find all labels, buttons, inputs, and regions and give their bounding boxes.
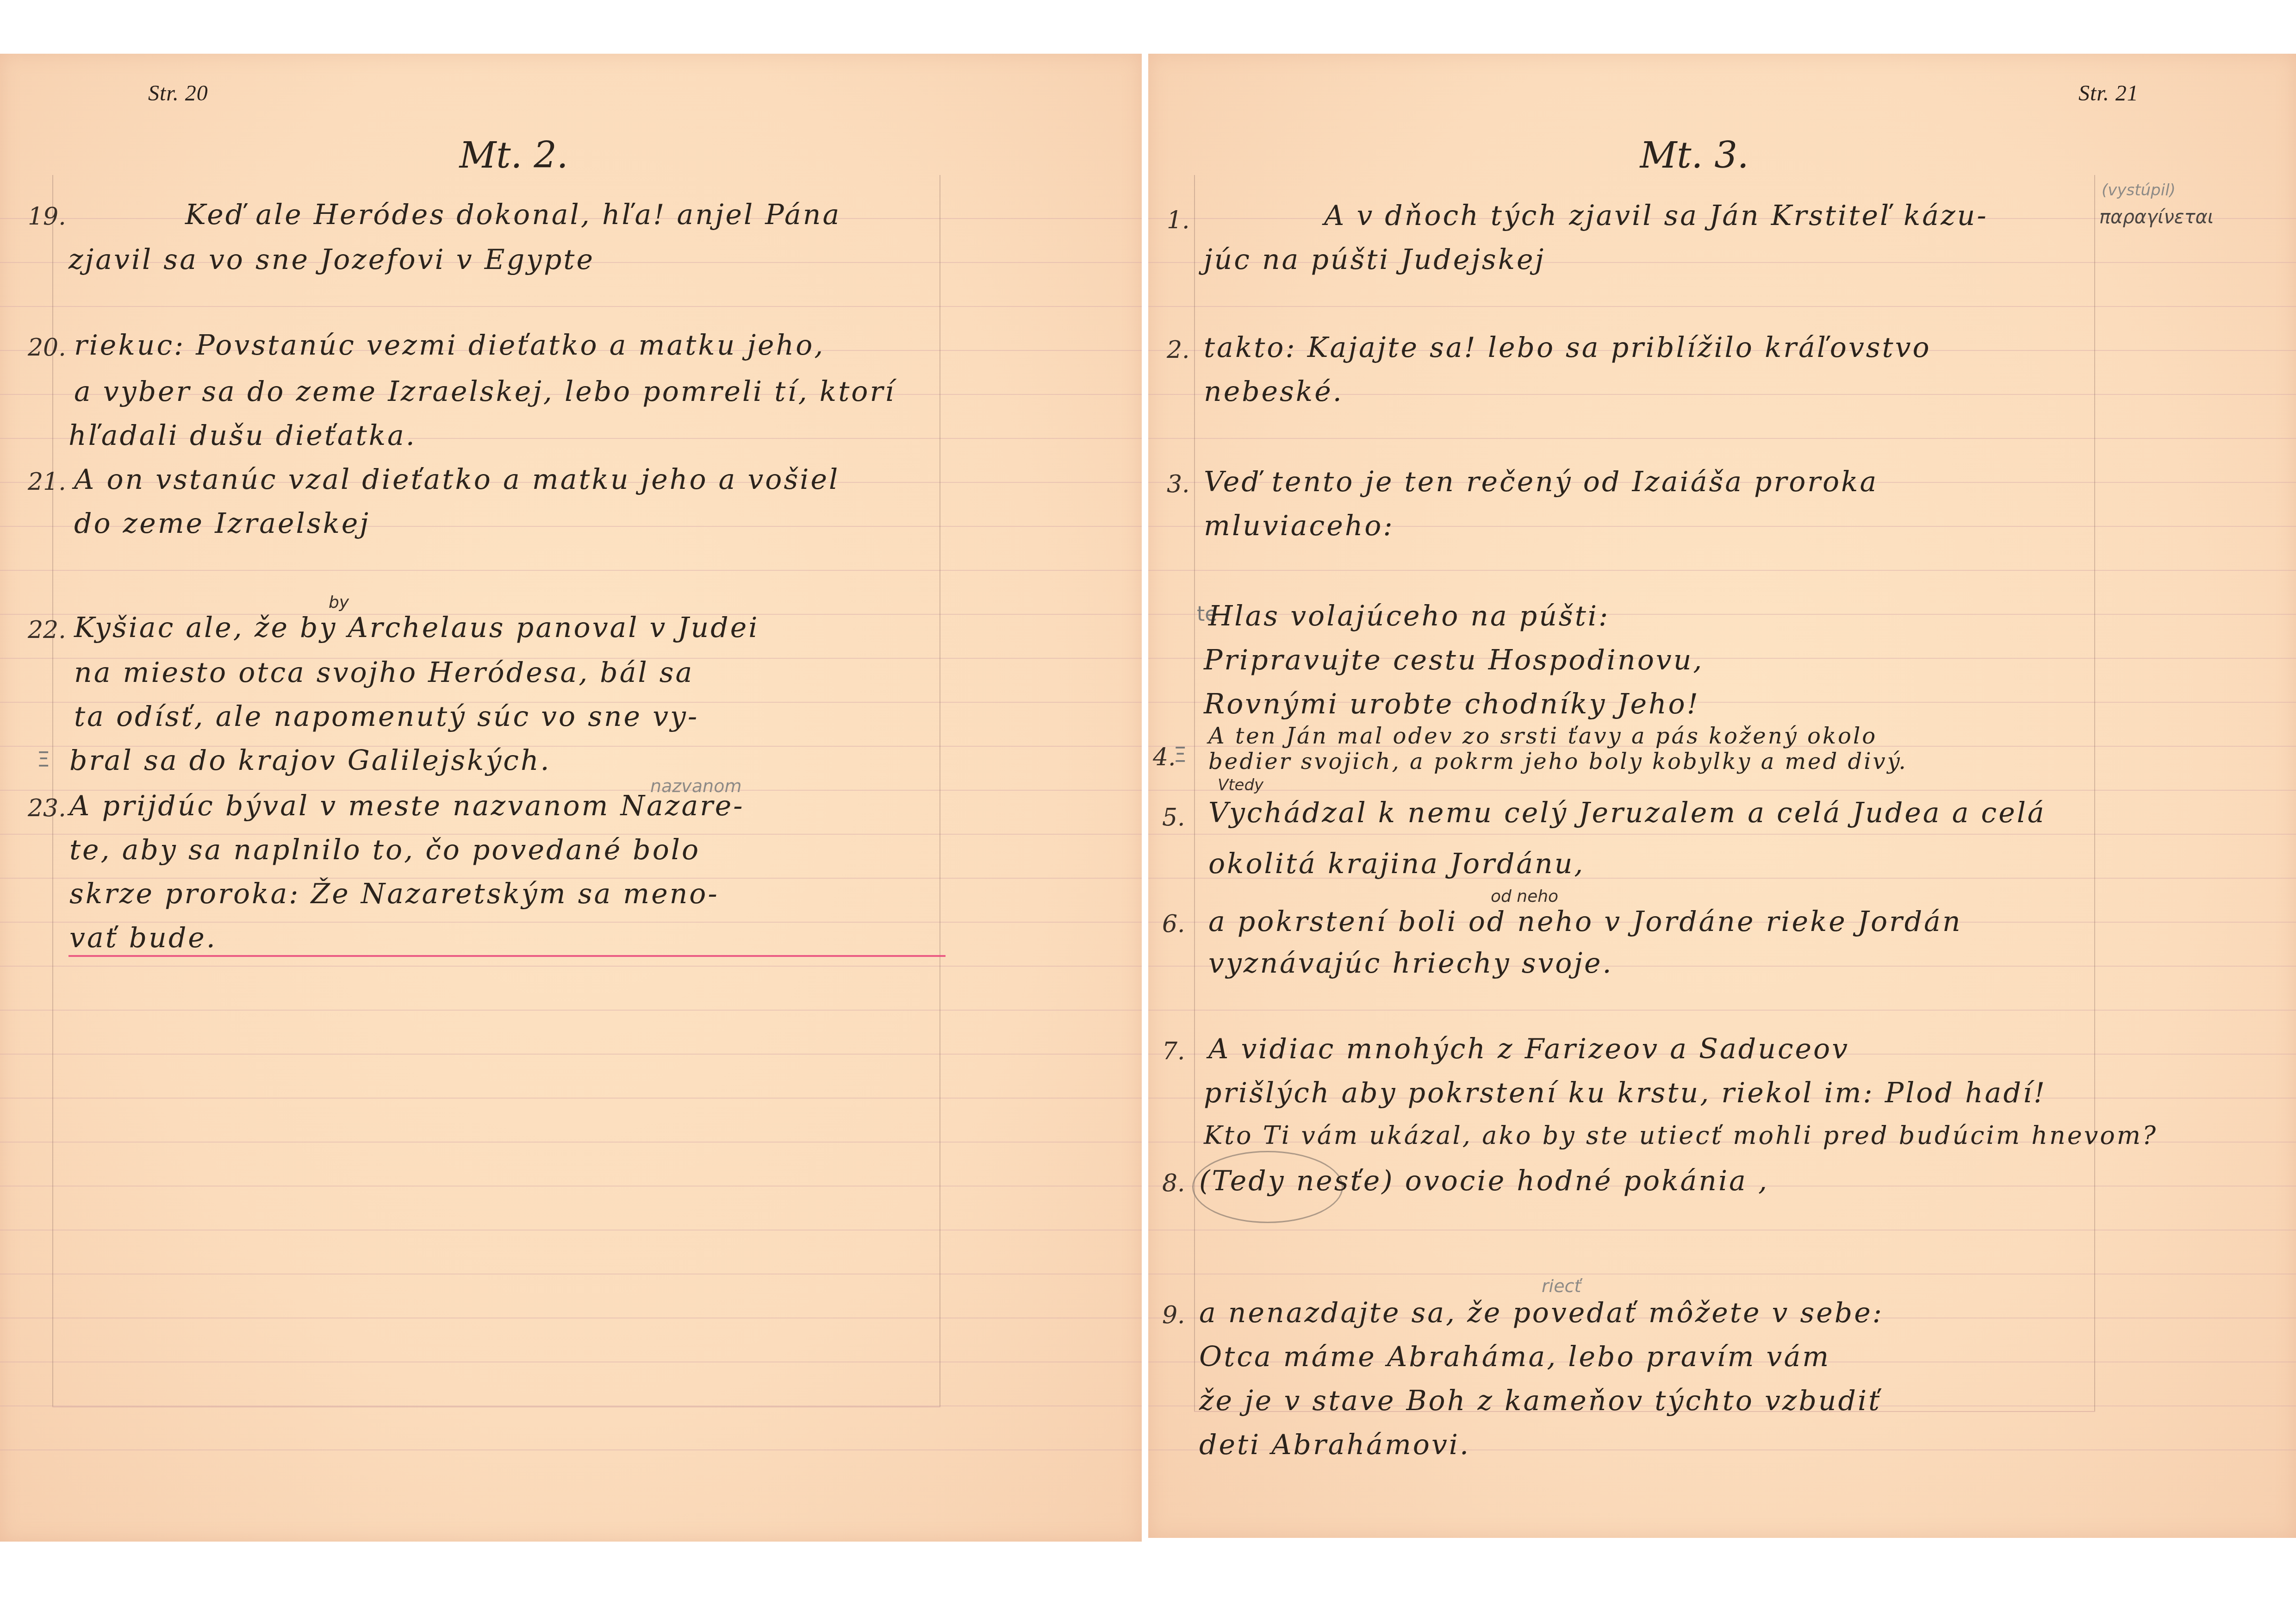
verse-line: a pokrstení boli od neho v Jordáne rieke… <box>1208 908 1962 936</box>
verse-number: 19. <box>28 203 66 231</box>
margin-note-pencil: (vystúpil) <box>2102 181 2176 200</box>
verse-number: 3. <box>1167 470 1190 498</box>
verse-line: ta odísť, ale napomenutý súc vo sne vy- <box>74 703 699 731</box>
verse-number: 22. <box>28 616 66 644</box>
right-margin-line <box>2094 175 2095 1411</box>
verse-line: a vyber sa do zeme Izraelskej, lebo pomr… <box>74 378 896 406</box>
end-of-chapter-rule <box>68 955 946 957</box>
verse-line: riekuc: Povstanúc vezmi dieťatko a matku… <box>74 331 825 359</box>
insertion-above: by <box>329 593 349 612</box>
verse-line: Keď ale Heródes dokonal, hľa! anjel Pána <box>185 201 841 229</box>
verse-number: 4. <box>1153 743 1176 771</box>
verse-line: deti Abrahámovi. <box>1199 1431 1470 1459</box>
verse-line: mluviaceho: <box>1204 512 1394 540</box>
verse-line: Otca máme Abraháma, lebo pravím vám <box>1199 1343 1830 1371</box>
insertion-above: od neho <box>1491 887 1558 906</box>
verse-line: vať bude. <box>69 924 217 952</box>
verse-number: 21. <box>28 468 66 496</box>
bottom-frame-line <box>52 1406 940 1407</box>
verse-line: prišlých aby pokrstení ku krstu, riekol … <box>1204 1079 2047 1107</box>
verse-number: 9. <box>1162 1301 1185 1329</box>
verse-line: bedier svojich, a pokrm jeho boly kobylk… <box>1208 750 1908 773</box>
verse-line: A prijdúc býval v meste nazvanom Nazare- <box>69 792 745 820</box>
verse-line: Kyšiac ale, že by Archelaus panoval v Ju… <box>74 614 759 642</box>
chapter-heading: Mt. 3. <box>1640 135 1748 176</box>
verse-number: 23. <box>28 794 66 822</box>
left-margin-line <box>1194 175 1195 1411</box>
margin-mark: Ξ <box>1174 743 1187 767</box>
verse-line: skrze proroka: Že Nazaretským sa meno- <box>69 880 719 908</box>
verse-line: A on vstanúc vzal dieťatko a matku jeho … <box>74 466 840 493</box>
verse-line: Kto Ti vám ukázal, ako by ste utiecť moh… <box>1204 1123 2158 1148</box>
verse-line: Hlas volajúceho na púšti: <box>1208 602 1610 630</box>
verse-line: na miesto otca svojho Heródesa, bál sa <box>74 659 694 687</box>
verse-line: A vidiac mnohých z Farizeov a Saduceov <box>1208 1035 1849 1063</box>
margin-note-greek: παραγίνεται <box>2099 206 2214 228</box>
verse-number: 2. <box>1167 336 1190 364</box>
verse-line: Rovnými urobte chodníky Jeho! <box>1204 690 1700 718</box>
verse-line: takto: Kajajte sa! lebo sa priblížilo kr… <box>1204 334 1931 362</box>
verse-number: 20. <box>28 334 66 362</box>
verse-line: bral sa do krajov Galilejských. <box>69 747 551 775</box>
page-number: Str. 21 <box>2078 81 2139 106</box>
verse-number: 7. <box>1162 1037 1185 1065</box>
verse-line: júc na púšti Judejskej <box>1204 246 1545 274</box>
verse-line: a nenazdajte sa, že povedať môžete v seb… <box>1199 1299 1884 1327</box>
verse-number: 5. <box>1162 804 1185 831</box>
verse-line: nebeské. <box>1204 378 1344 406</box>
insertion-above: riecť <box>1542 1276 1581 1296</box>
verse-line: A v dňoch tých zjavil sa Ján Krstiteľ ká… <box>1324 202 1988 230</box>
verse-line: hľadali dušu dieťatka. <box>68 422 417 450</box>
verse-line: te, aby sa naplnilo to, čo povedané bolo <box>69 836 700 864</box>
chapter-heading: Mt. 2. <box>459 135 568 176</box>
verse-line: Pripravujte cestu Hospodinovu, <box>1204 646 1704 674</box>
verse-line: A ten Ján mal odev zo srsti ťavy a pás k… <box>1208 725 1877 747</box>
verse-line: zjavil sa vo sne Jozefovi v Egypte <box>68 246 595 274</box>
verse-line: Vychádzal k nemu celý Jeruzalem a celá J… <box>1208 799 2046 827</box>
verse-line: Veď tento je ten rečený od Izaiáša proro… <box>1204 468 1878 496</box>
right-margin-line <box>940 175 940 1406</box>
insertion-above: Vtedy <box>1218 776 1263 794</box>
right-page: Str. 21 Mt. 3. (vystúpil) παραγίνεται 1.… <box>1148 54 2296 1538</box>
margin-mark: Ξ <box>37 748 50 772</box>
verse-line: (Tedy nesťe) ovocie hodné pokánia , <box>1199 1167 1769 1195</box>
page-number: Str. 20 <box>148 81 208 106</box>
left-page: Str. 20 Mt. 2. 19. Keď ale Heródes dokon… <box>0 54 1142 1542</box>
verse-line: okolitá krajina Jordánu, <box>1208 850 1585 878</box>
verse-line: že je v stave Boh z kameňov týchto vzbud… <box>1199 1387 1881 1415</box>
verse-number: 1. <box>1167 206 1190 234</box>
verse-line: do zeme Izraelskej <box>74 510 370 537</box>
verse-line: vyznávajúc hriechy svoje. <box>1208 949 1613 977</box>
verse-number: 8. <box>1162 1169 1185 1197</box>
verse-number: 6. <box>1162 910 1185 938</box>
